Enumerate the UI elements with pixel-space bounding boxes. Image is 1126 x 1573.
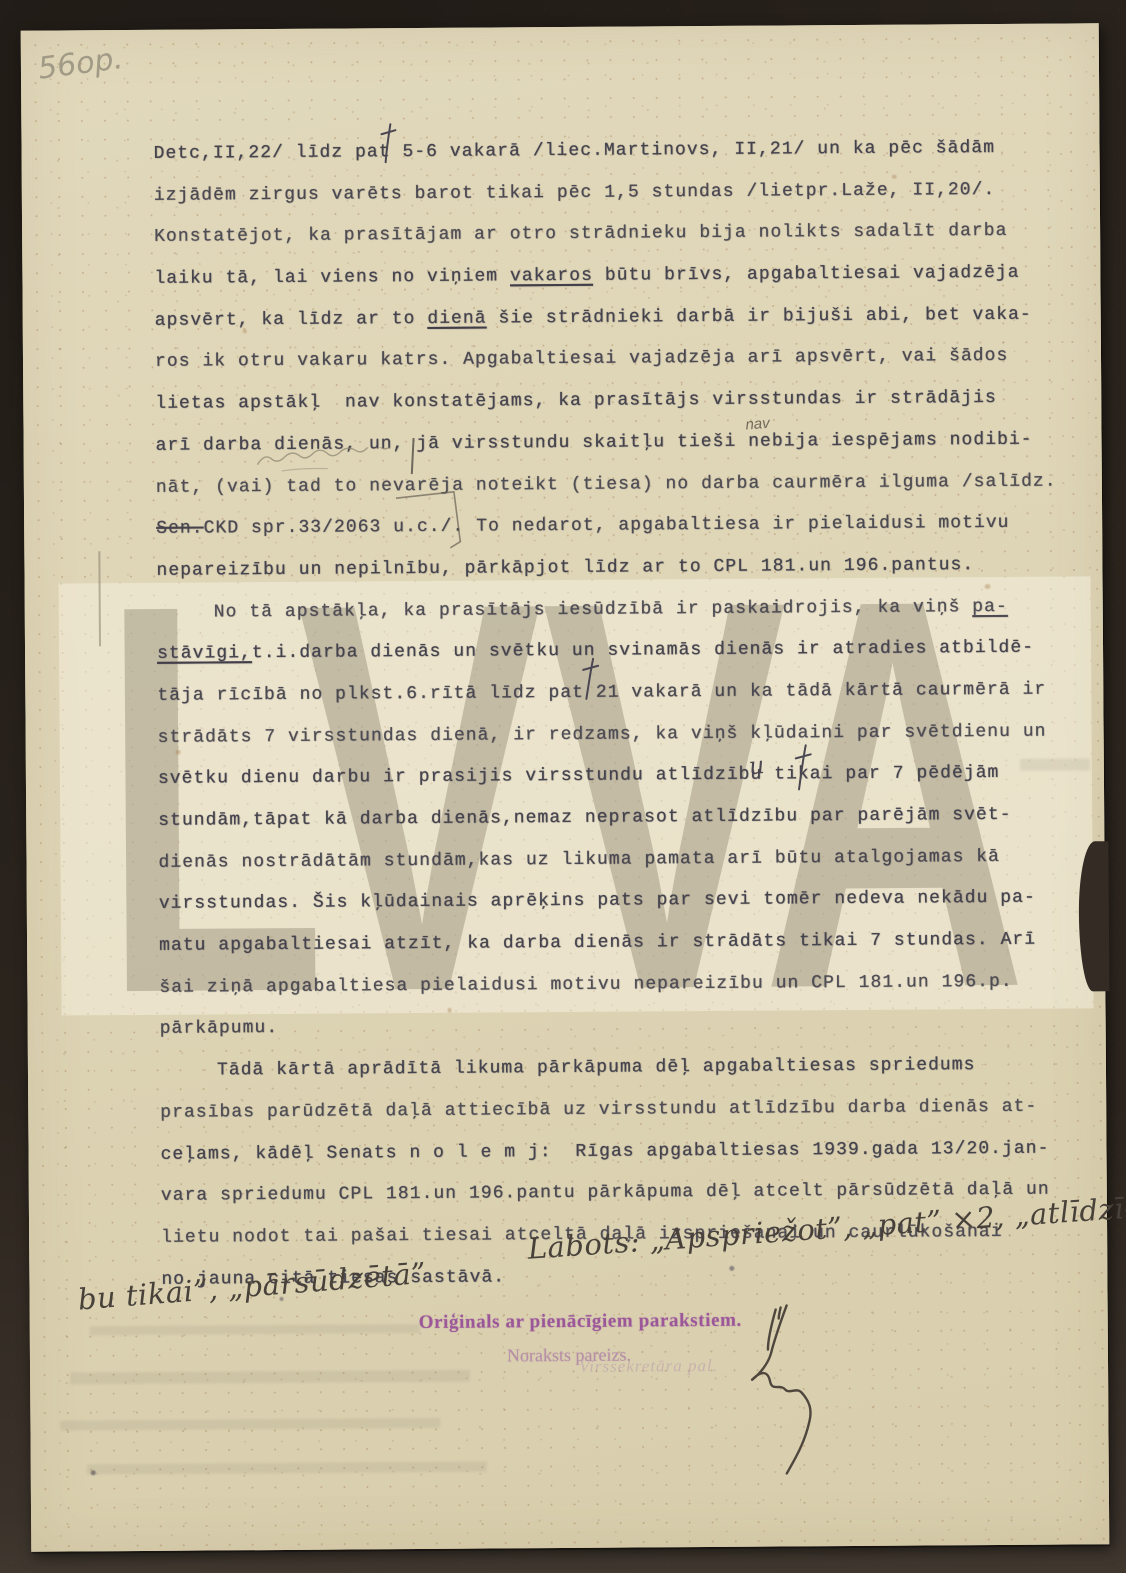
typed-line: stāvīgi,t.i.darba dienās un svētku un sv… <box>157 628 1097 676</box>
typed-line: nepareizību un nepilnību, pārkāpjot līdz… <box>156 544 1096 592</box>
ink-overstrike-t <box>379 122 397 164</box>
typed-line: virsstundas. Šis kļūdainais aprēķins pat… <box>159 878 1099 926</box>
foxing-spot <box>892 175 897 179</box>
ink-overstrike-t <box>581 657 599 701</box>
erased-text-ghost <box>60 1418 440 1431</box>
typed-line: ceļams, kādēļ Senats n o l e m j: Rīgas … <box>160 1128 1100 1176</box>
typed-line: laiku tā, lai viens no viņiem vakaros bū… <box>154 252 1094 300</box>
typed-line: No tā apstākļa, ka prasītājs iesūdzībā i… <box>157 586 1097 634</box>
ink-overstrike-t <box>794 743 812 791</box>
typed-line: šai ziņā apgabaltiesa pielaidusi motivu … <box>159 961 1099 1009</box>
photographed-archive-mat: { "corner_label": "56op.", "watermark": … <box>0 0 1126 1573</box>
stamp-line-secretary: Virssekretāra pal. <box>579 1356 718 1377</box>
typed-line: dienās nostrādātām stundām,kas uz likuma… <box>158 836 1098 884</box>
typed-line: Detc,II,22/ līdz pat 5-6 vakarā /liec.Ma… <box>153 127 1093 175</box>
typed-line: strādāts 7 virsstundas dienā, ir redzams… <box>158 711 1098 759</box>
ink-fleck <box>280 1297 284 1301</box>
signature <box>742 1301 853 1487</box>
pencil-interlinear-note: nav <box>745 415 770 434</box>
paper-edge-tear <box>1078 841 1109 991</box>
ink-fleck <box>91 1470 96 1475</box>
typed-line: ros ik otru vakaru katrs. Apgabaltiesai … <box>155 336 1095 384</box>
erased-text-ghost <box>70 1370 470 1385</box>
pencil-box-annotation <box>390 488 466 555</box>
pencil-page-number: 56op. <box>36 41 125 87</box>
typed-line: Konstatējot, ka prasītājam ar otro strād… <box>154 211 1094 259</box>
typed-line: matu apgabaltiesai atzīt, ka darba dienā… <box>159 919 1099 967</box>
foxing-spot <box>985 584 991 589</box>
typed-text: Detc,II,22/ līdz pat 5-6 vakarā /liec.Ma… <box>153 127 1101 1301</box>
typed-line: apsvērt, ka līdz ar to dienā šie strādni… <box>155 294 1095 342</box>
typed-line: pārkāpumu. <box>160 1003 1100 1051</box>
typed-line: izjādēm zirgus varēts barot tikai pēc 1,… <box>154 169 1094 217</box>
foxing-spot <box>243 329 247 333</box>
erased-text-ghost <box>87 1462 487 1475</box>
ink-overwrite-letter: u <box>747 751 765 781</box>
foxing-spot <box>448 1008 452 1013</box>
foxing-spot <box>176 750 181 755</box>
pencil-margin-line <box>98 551 101 646</box>
pencil-insert-stroke <box>407 436 419 476</box>
typed-line: prasības parūdzētā daļā attiecībā uz vir… <box>160 1086 1100 1134</box>
typed-line: tāja rīcībā no plkst.6.rītā līdz pat 21 … <box>157 669 1097 717</box>
typed-line: svētku dienu darbu ir prasijis virsstund… <box>158 753 1098 801</box>
typed-line: lietas apstākļ nav konstatējams, ka pras… <box>155 377 1095 425</box>
typed-line: stundām,tāpat kā darba dienās,nemaz nepr… <box>158 794 1098 842</box>
document-page: LVVA 56op. Detc,II,22/ līdz pat 5-6 vaka… <box>21 23 1110 1551</box>
erased-text-ghost <box>1020 758 1090 770</box>
typed-line: Tādā kārtā aprādītā likuma pārkāpuma dēļ… <box>160 1044 1100 1092</box>
erased-text-ghost <box>90 1324 420 1335</box>
pencil-scribble <box>254 447 419 474</box>
ink-fleck <box>729 1266 734 1271</box>
stamp-line-original: Oriģinals ar pienācīgiem parakstiem. <box>419 1310 742 1334</box>
typed-line: Sen.CKD spr.33/2063 u.c./. To nedarot, a… <box>156 502 1096 550</box>
